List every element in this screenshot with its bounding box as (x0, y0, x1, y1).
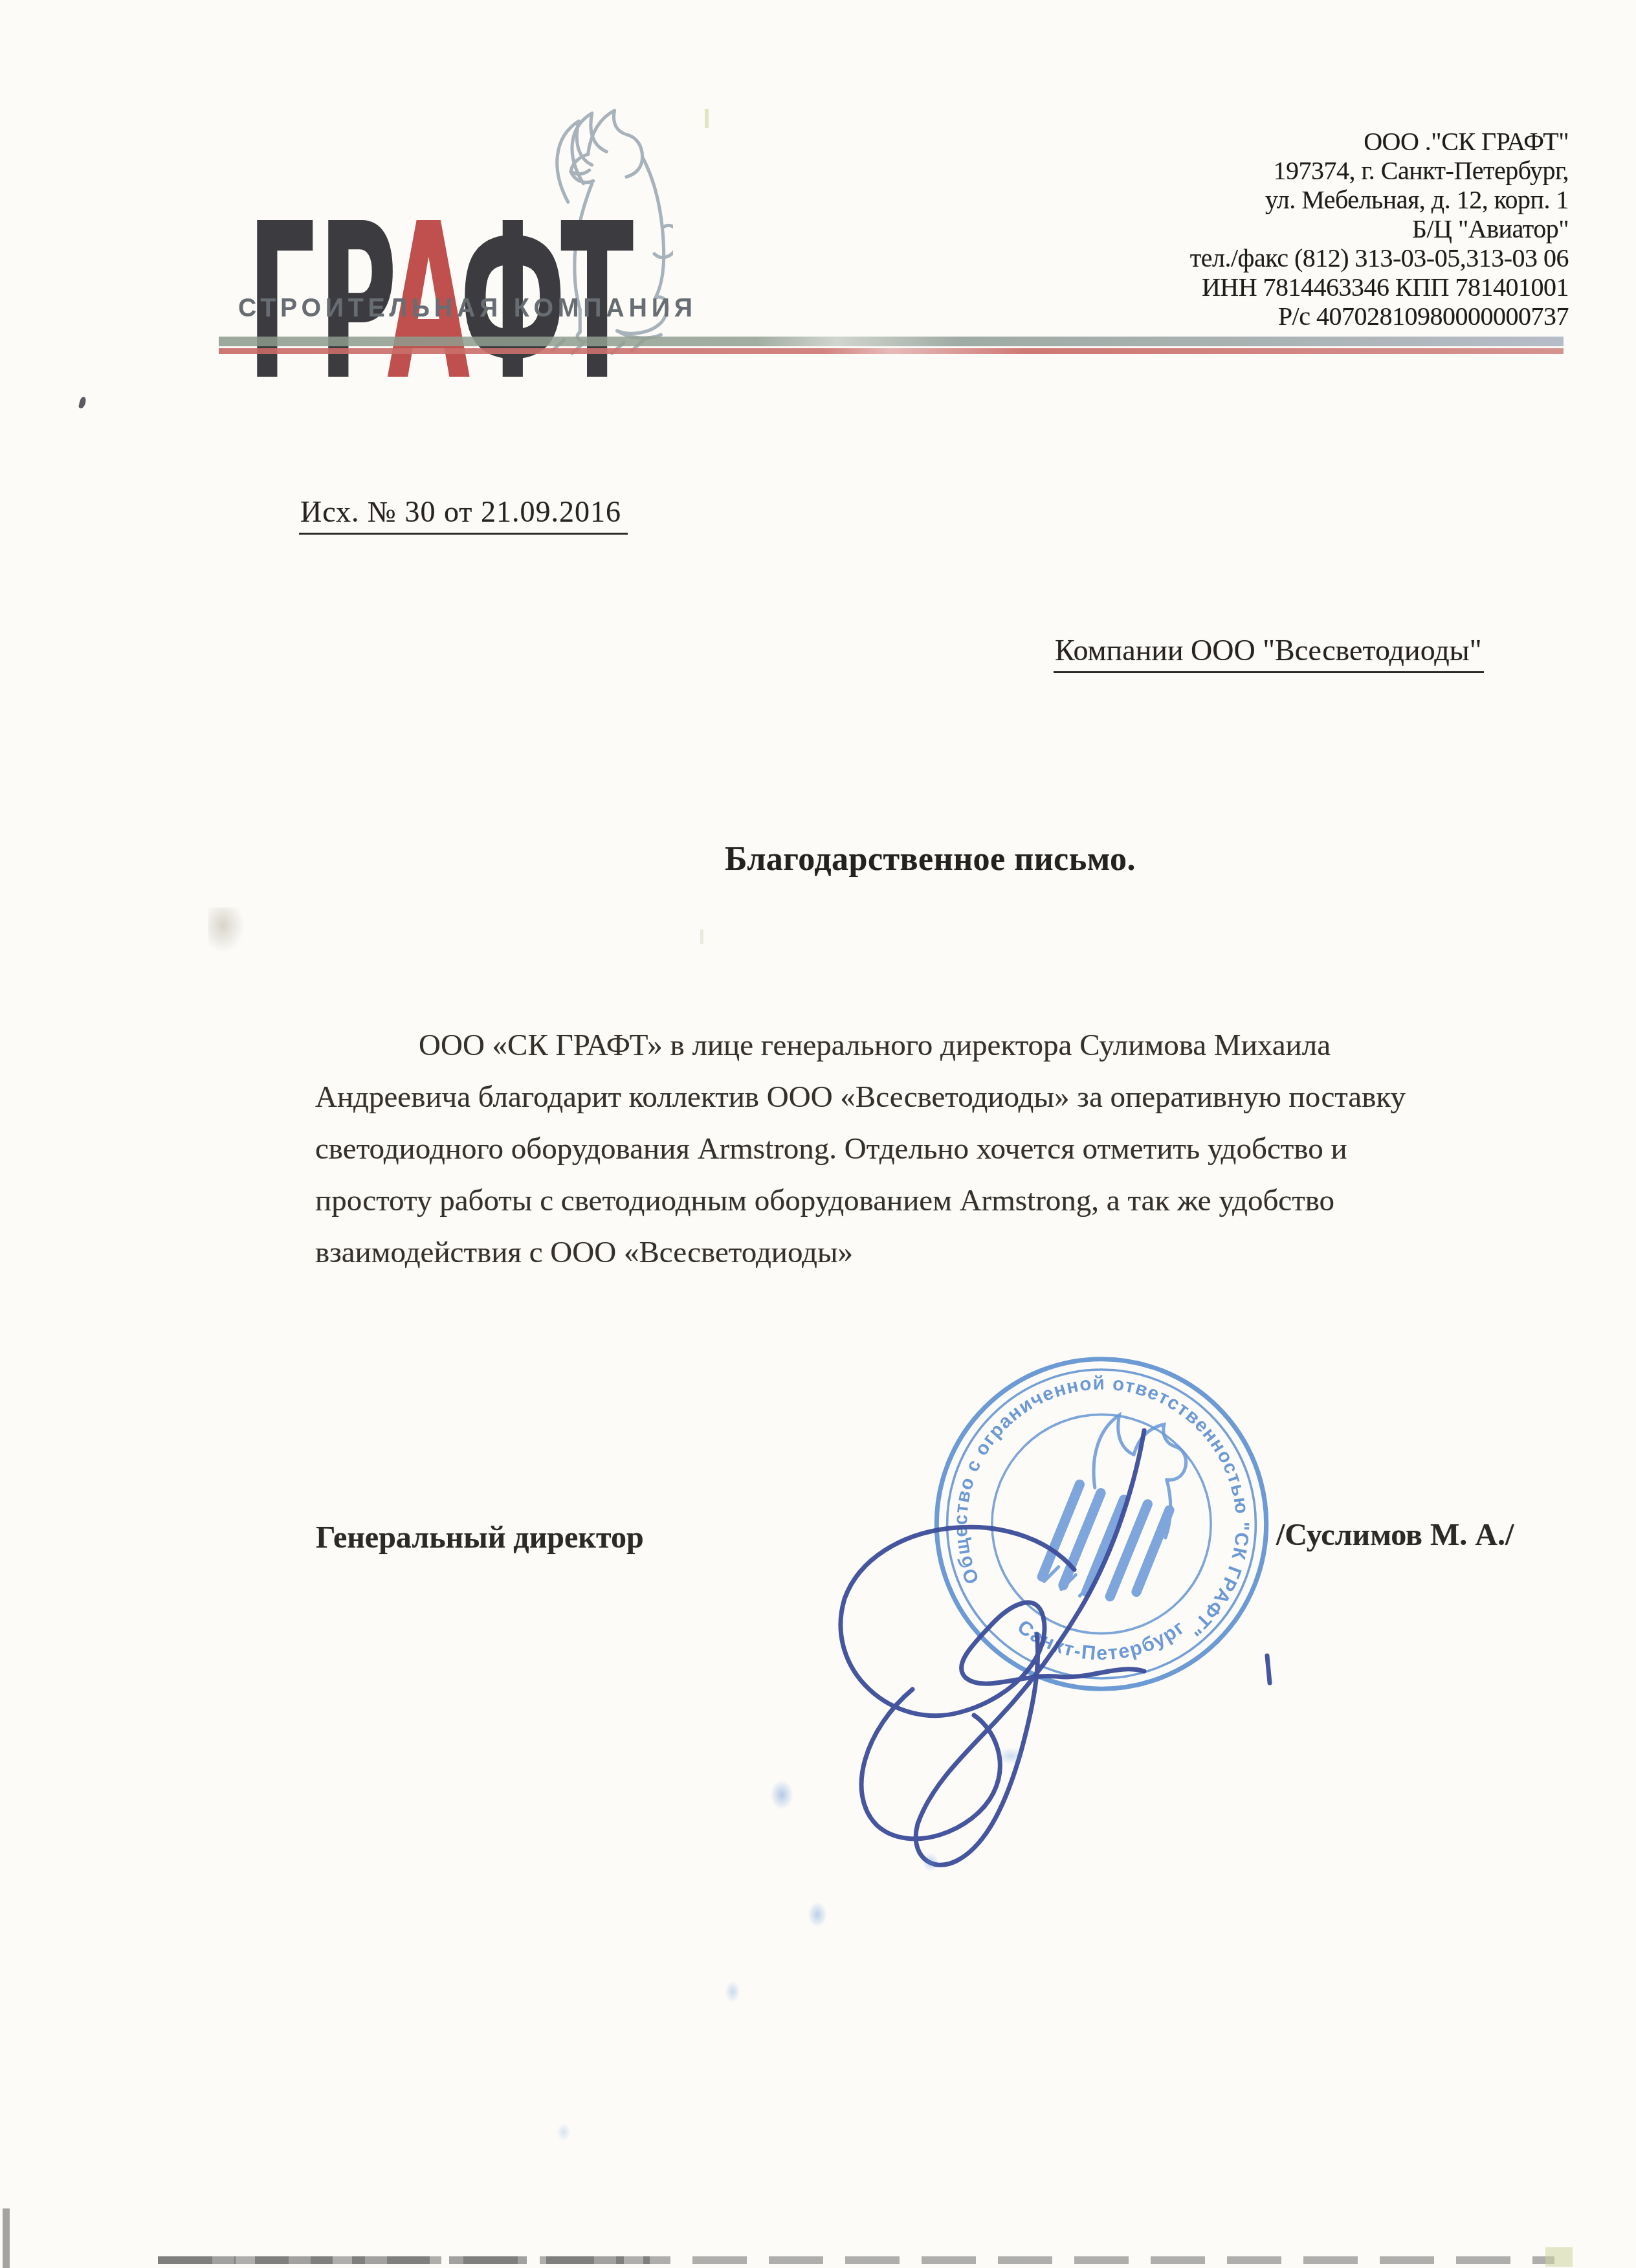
letter-body: ООО «СК ГРАФТ» в лице генерального дирек… (315, 1019, 1545, 1278)
requisite-line: тел./факс (812) 313-03-05,313-03 06 (986, 243, 1569, 272)
ink-smudge (770, 1780, 793, 1810)
ink-smudge (808, 1902, 827, 1928)
scan-edge-corner (3, 2208, 10, 2268)
requisite-line: ООО ."СК ГРАФТ" (986, 127, 1569, 156)
requisite-line: ИНН 7814463346 КПП 781401001 (986, 272, 1569, 302)
body-line: простоту работы с светодиодным оборудова… (315, 1175, 1545, 1227)
scan-tick (700, 929, 703, 944)
requisite-line: Б/Ц "Авиатор" (986, 214, 1569, 243)
header-rule-red (219, 348, 1564, 354)
director-signature (712, 1379, 1346, 1871)
scan-smear (208, 907, 245, 953)
body-line: ООО «СК ГРАФТ» в лице генерального дирек… (315, 1019, 1545, 1071)
ink-smudge (725, 1981, 740, 2003)
body-line: взаимодействия с ООО «Всесветодиоды» (315, 1227, 1545, 1278)
header-rule-green (219, 337, 1564, 346)
header-rule (219, 337, 1564, 355)
requisite-line: 197374, г. Санкт-Петербург, (986, 156, 1569, 185)
scanned-letter-page: Г Р А Ф Т СТРОИТЕЛЬНАЯ КОМПАНИЯ ООО ."СК… (0, 0, 1636, 2268)
requisite-line: ул. Мебельная, д. 12, корп. 1 (986, 185, 1569, 214)
body-line: Андреевича благодарит коллектив ООО «Все… (315, 1071, 1545, 1123)
ink-smudge (557, 2123, 571, 2141)
letter-title: Благодарственное письмо. (725, 840, 1136, 878)
scan-edge-bar-left (158, 2256, 650, 2264)
scan-speck (78, 396, 87, 409)
scan-edge-yellow (1545, 2247, 1573, 2267)
company-requisites: ООО ."СК ГРАФТ" 197374, г. Санкт-Петербу… (986, 127, 1569, 331)
recipient-line: Компании ООО "Всесветодиоды" (1054, 633, 1484, 673)
scan-tick (705, 109, 709, 128)
requisite-line: Р/с 40702810980000000737 (986, 302, 1569, 331)
director-position-label: Генеральный директор (316, 1520, 644, 1555)
body-line: светодиодного оборудования Armstrong. От… (315, 1123, 1545, 1175)
outgoing-reference: Исх. № 30 от 21.09.2016 (299, 495, 628, 535)
logo-caption: СТРОИТЕЛЬНАЯ КОМПАНИЯ (238, 293, 636, 323)
ink-smudge (997, 1748, 1025, 1764)
ink-smudge (922, 1852, 939, 1872)
